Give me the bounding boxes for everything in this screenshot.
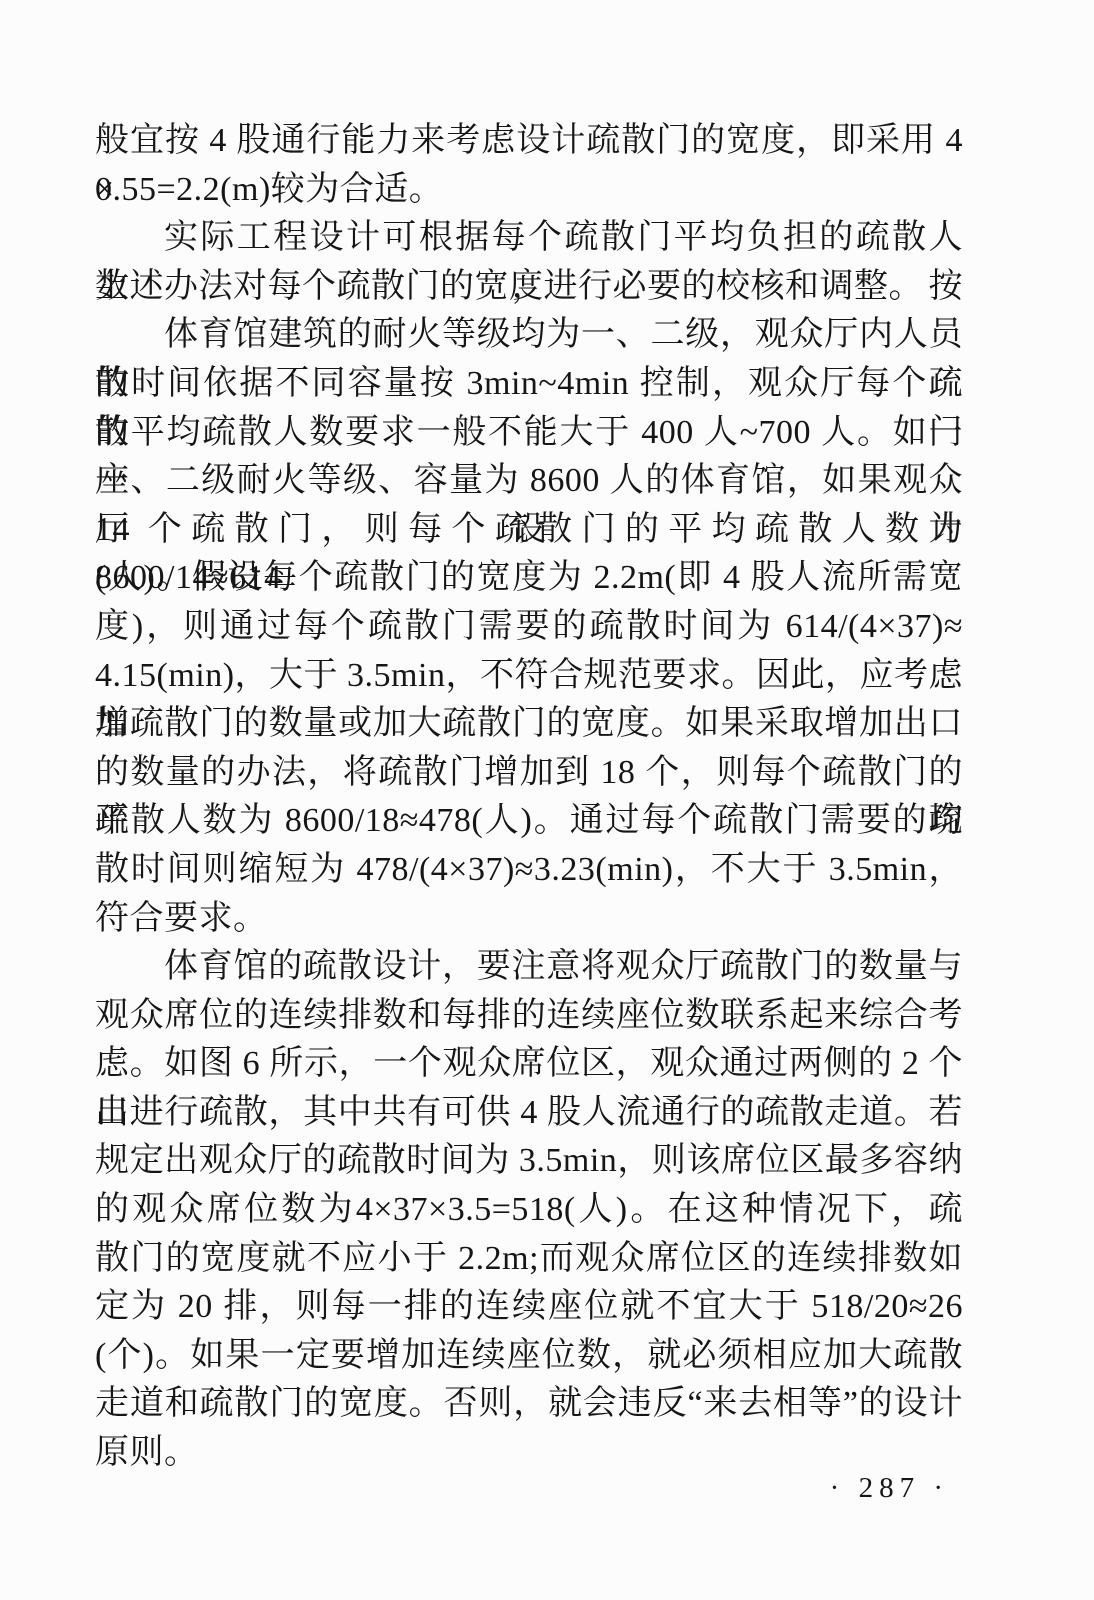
text-line: 的观众席位数为4×37×3.5=518(人)。在这种情况下，疏 bbox=[95, 1186, 963, 1235]
text-line: 散时间则缩短为 478/(4×37)≈3.23(min)，不大于 3.5min， bbox=[95, 846, 963, 895]
text-line: 散时间依据不同容量按 3min~4min 控制，观众厅每个疏散门 bbox=[95, 360, 963, 409]
text-line: 般宜按 4 股通行能力来考虑设计疏散门的宽度，即采用 4 × bbox=[95, 117, 963, 166]
text-line: 散门的宽度就不应小于 2.2m;而观众席位区的连续排数如 bbox=[95, 1235, 963, 1284]
text-line: 走道和疏散门的宽度。否则，就会违反“来去相等”的设计 bbox=[95, 1380, 963, 1429]
text-line: 体育馆的疏散设计，要注意将观众厅疏散门的数量与 bbox=[95, 943, 963, 992]
text-line: 规定出观众厅的疏散时间为 3.5min，则该席位区最多容纳 bbox=[95, 1137, 963, 1186]
text-line: 符合要求。 bbox=[95, 895, 963, 944]
text-line: 14 个疏散门，则每个疏散门的平均疏散人数为 8600/14≈614 bbox=[95, 506, 963, 555]
text-line: 定为 20 排，则每一排的连续座位就不宜大于 518/20≈26 bbox=[95, 1283, 963, 1332]
text-line: 4.15(min)，大于 3.5min，不符合规范要求。因此，应考虑增 bbox=[95, 652, 963, 701]
page-number: · 287 · bbox=[95, 1472, 963, 1505]
text-line: (个)。如果一定要增加连续座位数，就必须相应加大疏散 bbox=[95, 1332, 963, 1381]
text-line: 上述办法对每个疏散门的宽度进行必要的校核和调整。 bbox=[95, 263, 963, 312]
text-line: 一、二级耐火等级、容量为 8600 人的体育馆，如果观众厅设计 bbox=[95, 457, 963, 506]
text-line: 虑。如图 6 所示，一个观众席位区，观众通过两侧的 2 个出 bbox=[95, 1040, 963, 1089]
book-page: 般宜按 4 股通行能力来考虑设计疏散门的宽度，即采用 4 ×0.55=2.2(m… bbox=[0, 0, 1094, 1600]
text-line: 0.55=2.2(m)较为合适。 bbox=[95, 166, 963, 215]
text-line: 原则。 bbox=[95, 1429, 963, 1478]
text-line: 疏散人数为 8600/18≈478(人)。通过每个疏散门需要的疏 bbox=[95, 797, 963, 846]
text-line: 的数量的办法，将疏散门增加到 18 个，则每个疏散门的平均 bbox=[95, 749, 963, 798]
text-line: 的平均疏散人数要求一般不能大于 400 人~700 人。如一座 bbox=[95, 409, 963, 458]
text-line: 观众席位的连续排数和每排的连续座位数联系起来综合考 bbox=[95, 992, 963, 1041]
text-line: 加疏散门的数量或加大疏散门的宽度。如果采取增加出口 bbox=[95, 700, 963, 749]
body-text: 般宜按 4 股通行能力来考虑设计疏散门的宽度，即采用 4 ×0.55=2.2(m… bbox=[95, 117, 963, 1478]
text-line: 口进行疏散，其中共有可供 4 股人流通行的疏散走道。若 bbox=[95, 1089, 963, 1138]
text-line: (人)。假设每个疏散门的宽度为 2.2m(即 4 股人流所需宽 bbox=[95, 554, 963, 603]
text-line: 实际工程设计可根据每个疏散门平均负担的疏散人数，按 bbox=[95, 214, 963, 263]
text-line: 度)，则通过每个疏散门需要的疏散时间为 614/(4×37)≈ bbox=[95, 603, 963, 652]
text-line: 体育馆建筑的耐火等级均为一、二级，观众厅内人员的疏 bbox=[95, 311, 963, 360]
